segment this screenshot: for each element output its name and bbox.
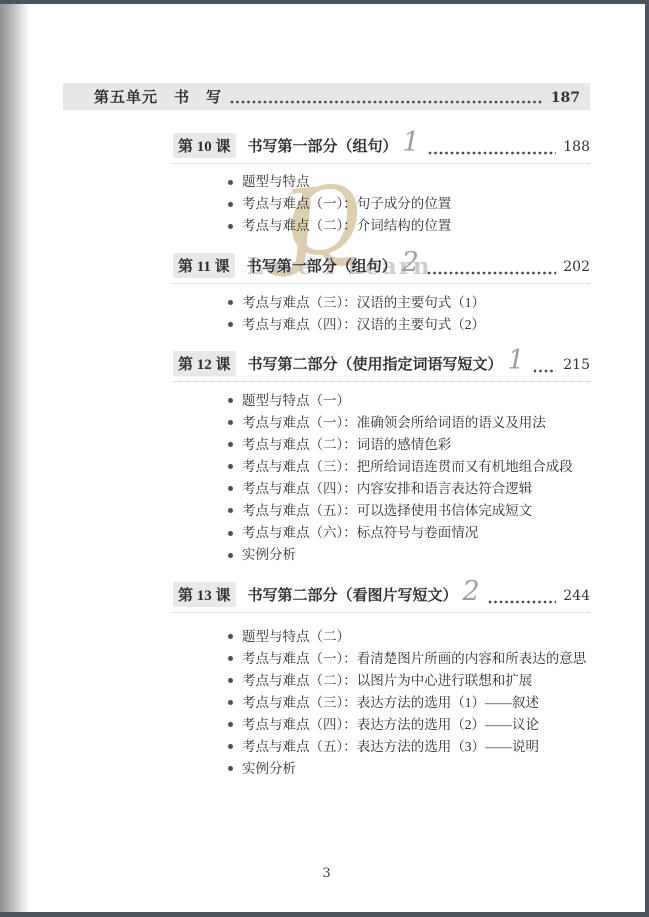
lesson-title: 书写第二部分（使用指定词语写短文）: [248, 353, 503, 374]
lesson-heading: 第 11 课 书写第一部分（组句） 2 202: [173, 252, 590, 284]
page-number: 3: [63, 866, 590, 881]
bullet-icon: [228, 464, 233, 469]
bullet-text: 考点与难点（五）：可以选择使用书信体完成短文: [242, 504, 532, 518]
lesson-title: 书写第一部分（组句）: [248, 135, 398, 156]
bullet-icon: [228, 744, 233, 749]
lesson-section: 第 10 课 书写第一部分（组句） 1 188 题型与特点 考点与难点（一）：句…: [63, 132, 590, 237]
lesson-page-number: 202: [563, 259, 590, 275]
book-spine-shadow: [0, 4, 30, 912]
unit-header-row: 第五单元 书 写 187: [63, 83, 590, 110]
toc-bullet-item: 考点与难点（一）：准确领会所给词语的语义及用法: [228, 412, 590, 434]
toc-bullet-item: 考点与难点（二）：词语的感情色彩: [228, 434, 590, 456]
lesson-bullet-list: 题型与特点 考点与难点（一）：句子成分的位置 考点与难点（二）：介词结构的位置: [63, 171, 590, 237]
lesson-numeral: 2: [402, 252, 419, 274]
bullet-icon: [228, 531, 233, 536]
bullet-text: 考点与难点（六）：标点符号与卷面情况: [242, 526, 478, 540]
bullet-text: 题型与特点（二）: [242, 630, 350, 644]
bullet-text: 题型与特点（一）: [242, 394, 350, 408]
bullet-icon: [228, 634, 233, 639]
bullet-text: 考点与难点（二）：以图片为中心进行联想和扩展: [242, 674, 532, 688]
bullet-text: 考点与难点（一）：句子成分的位置: [242, 197, 451, 211]
toc-bullet-item: 题型与特点（二）: [228, 625, 590, 647]
toc-bullet-item: 实例分析: [228, 758, 590, 780]
lesson-bullet-list: 考点与难点（三）：汉语的主要句式（1） 考点与难点（四）：汉语的主要句式（2）: [63, 291, 590, 335]
bullet-text: 考点与难点（四）：汉语的主要句式（2）: [242, 318, 485, 332]
bullet-text: 考点与难点（四）：内容安排和语言表达符合逻辑: [242, 482, 532, 496]
bullet-text: 题型与特点: [242, 175, 310, 189]
bullet-icon: [228, 508, 233, 513]
lesson-bullet-list: 题型与特点（一） 考点与难点（一）：准确领会所给词语的语义及用法 考点与难点（二…: [63, 389, 590, 566]
toc-bullet-item: 考点与难点（五）：表达方法的选用（3）——说明: [228, 736, 590, 758]
lesson-label: 第 13 课: [173, 582, 236, 607]
leader-dots: [428, 151, 557, 155]
toc-page: 第五单元 书 写 187 第 10 课 书写第一部分（组句） 1 188 题型与…: [63, 83, 590, 917]
lesson-numeral: 1: [508, 350, 525, 372]
lesson-numeral: 2: [463, 581, 480, 603]
bullet-text: 考点与难点（二）：介词结构的位置: [242, 219, 451, 233]
bullet-text: 考点与难点（三）：汉语的主要句式（1）: [242, 296, 485, 310]
lesson-page-number: 244: [563, 588, 590, 604]
toc-bullet-item: 考点与难点（三）：表达方法的选用（1）——叙述: [228, 692, 590, 714]
unit-title: 第五单元 书 写: [94, 86, 222, 107]
bullet-text: 考点与难点（五）：表达方法的选用（3）——说明: [242, 740, 539, 754]
lesson-title: 书写第一部分（组句）: [247, 255, 397, 276]
toc-bullet-item: 考点与难点（六）：标点符号与卷面情况: [228, 522, 590, 544]
toc-bullet-item: 考点与难点（三）：汉语的主要句式（1）: [228, 291, 590, 313]
bullet-icon: [228, 442, 233, 447]
leader-dots: [533, 369, 557, 373]
lesson-label: 第 12 课: [173, 351, 236, 376]
lesson-heading: 第 13 课 书写第二部分（看图片写短文） 2 244: [173, 581, 590, 613]
lesson-numeral: 1: [403, 132, 420, 154]
toc-bullet-item: 考点与难点（四）：表达方法的选用（2）——议论: [228, 714, 590, 736]
toc-bullet-item: 考点与难点（四）：内容安排和语言表达符合逻辑: [228, 478, 590, 500]
bullet-icon: [228, 553, 233, 558]
bullet-text: 考点与难点（二）：词语的感情色彩: [242, 438, 451, 452]
toc-bullet-item: 考点与难点（四）：汉语的主要句式（2）: [228, 313, 590, 335]
bullet-icon: [228, 322, 233, 327]
bullet-text: 考点与难点（三）：表达方法的选用（1）——叙述: [242, 696, 539, 710]
toc-bullet-item: 考点与难点（五）：可以选择使用书信体完成短文: [228, 500, 590, 522]
lesson-section: 第 11 课 书写第一部分（组句） 2 202 考点与难点（三）：汉语的主要句式…: [63, 252, 590, 335]
bullet-text: 考点与难点（一）：准确领会所给词语的语义及用法: [242, 416, 546, 430]
toc-bullet-item: 考点与难点（三）：把所给词语连贯而又有机地组合成段: [228, 456, 590, 478]
toc-bullet-item: 考点与难点（二）：介词结构的位置: [228, 215, 590, 237]
bullet-icon: [228, 766, 233, 771]
lesson-section: 第 13 课 书写第二部分（看图片写短文） 2 244 题型与特点（二） 考点与…: [63, 581, 590, 780]
toc-bullet-item: 题型与特点（一）: [228, 389, 590, 411]
toc-bullet-item: 考点与难点（一）：句子成分的位置: [228, 193, 590, 215]
bullet-icon: [228, 420, 233, 425]
lesson-bullet-list: 题型与特点（二） 考点与难点（一）：看清楚图片所画的内容和所表达的意思 考点与难…: [63, 625, 590, 780]
lesson-label: 第 10 课: [173, 133, 236, 158]
unit-page-number: 187: [551, 90, 580, 106]
lesson-heading: 第 12 课 书写第二部分（使用指定词语写短文） 1 215: [173, 350, 590, 382]
bullet-text: 实例分析: [242, 762, 296, 776]
toc-bullet-item: 考点与难点（一）：看清楚图片所画的内容和所表达的意思: [228, 647, 590, 669]
bullet-text: 考点与难点（三）：把所给词语连贯而又有机地组合成段: [242, 460, 573, 474]
bullet-icon: [228, 722, 233, 727]
leader-dots: [230, 100, 544, 104]
toc-bullet-item: 题型与特点: [228, 171, 590, 193]
bullet-icon: [228, 202, 233, 207]
bullet-icon: [228, 656, 233, 661]
lesson-page-number: 188: [563, 139, 590, 155]
bullet-text: 考点与难点（一）：看清楚图片所画的内容和所表达的意思: [242, 652, 586, 666]
lesson-page-number: 215: [563, 357, 590, 373]
bullet-icon: [228, 224, 233, 229]
leader-dots: [488, 600, 557, 604]
bullet-icon: [228, 180, 233, 185]
toc-bullet-item: 实例分析: [228, 544, 590, 566]
bullet-icon: [228, 678, 233, 683]
bullet-icon: [228, 300, 233, 305]
bullet-text: 考点与难点（四）：表达方法的选用（2）——议论: [242, 718, 539, 732]
lesson-title: 书写第二部分（看图片写短文）: [248, 584, 458, 605]
bullet-icon: [228, 398, 233, 403]
lesson-label: 第 11 课: [173, 253, 235, 278]
lesson-heading: 第 10 课 书写第一部分（组句） 1 188: [173, 132, 590, 164]
bullet-icon: [228, 700, 233, 705]
bullet-text: 实例分析: [242, 548, 296, 562]
lesson-section: 第 12 课 书写第二部分（使用指定词语写短文） 1 215 题型与特点（一） …: [63, 350, 590, 566]
toc-bullet-item: 考点与难点（二）：以图片为中心进行联想和扩展: [228, 669, 590, 691]
leader-dots: [427, 271, 556, 275]
bullet-icon: [228, 486, 233, 491]
